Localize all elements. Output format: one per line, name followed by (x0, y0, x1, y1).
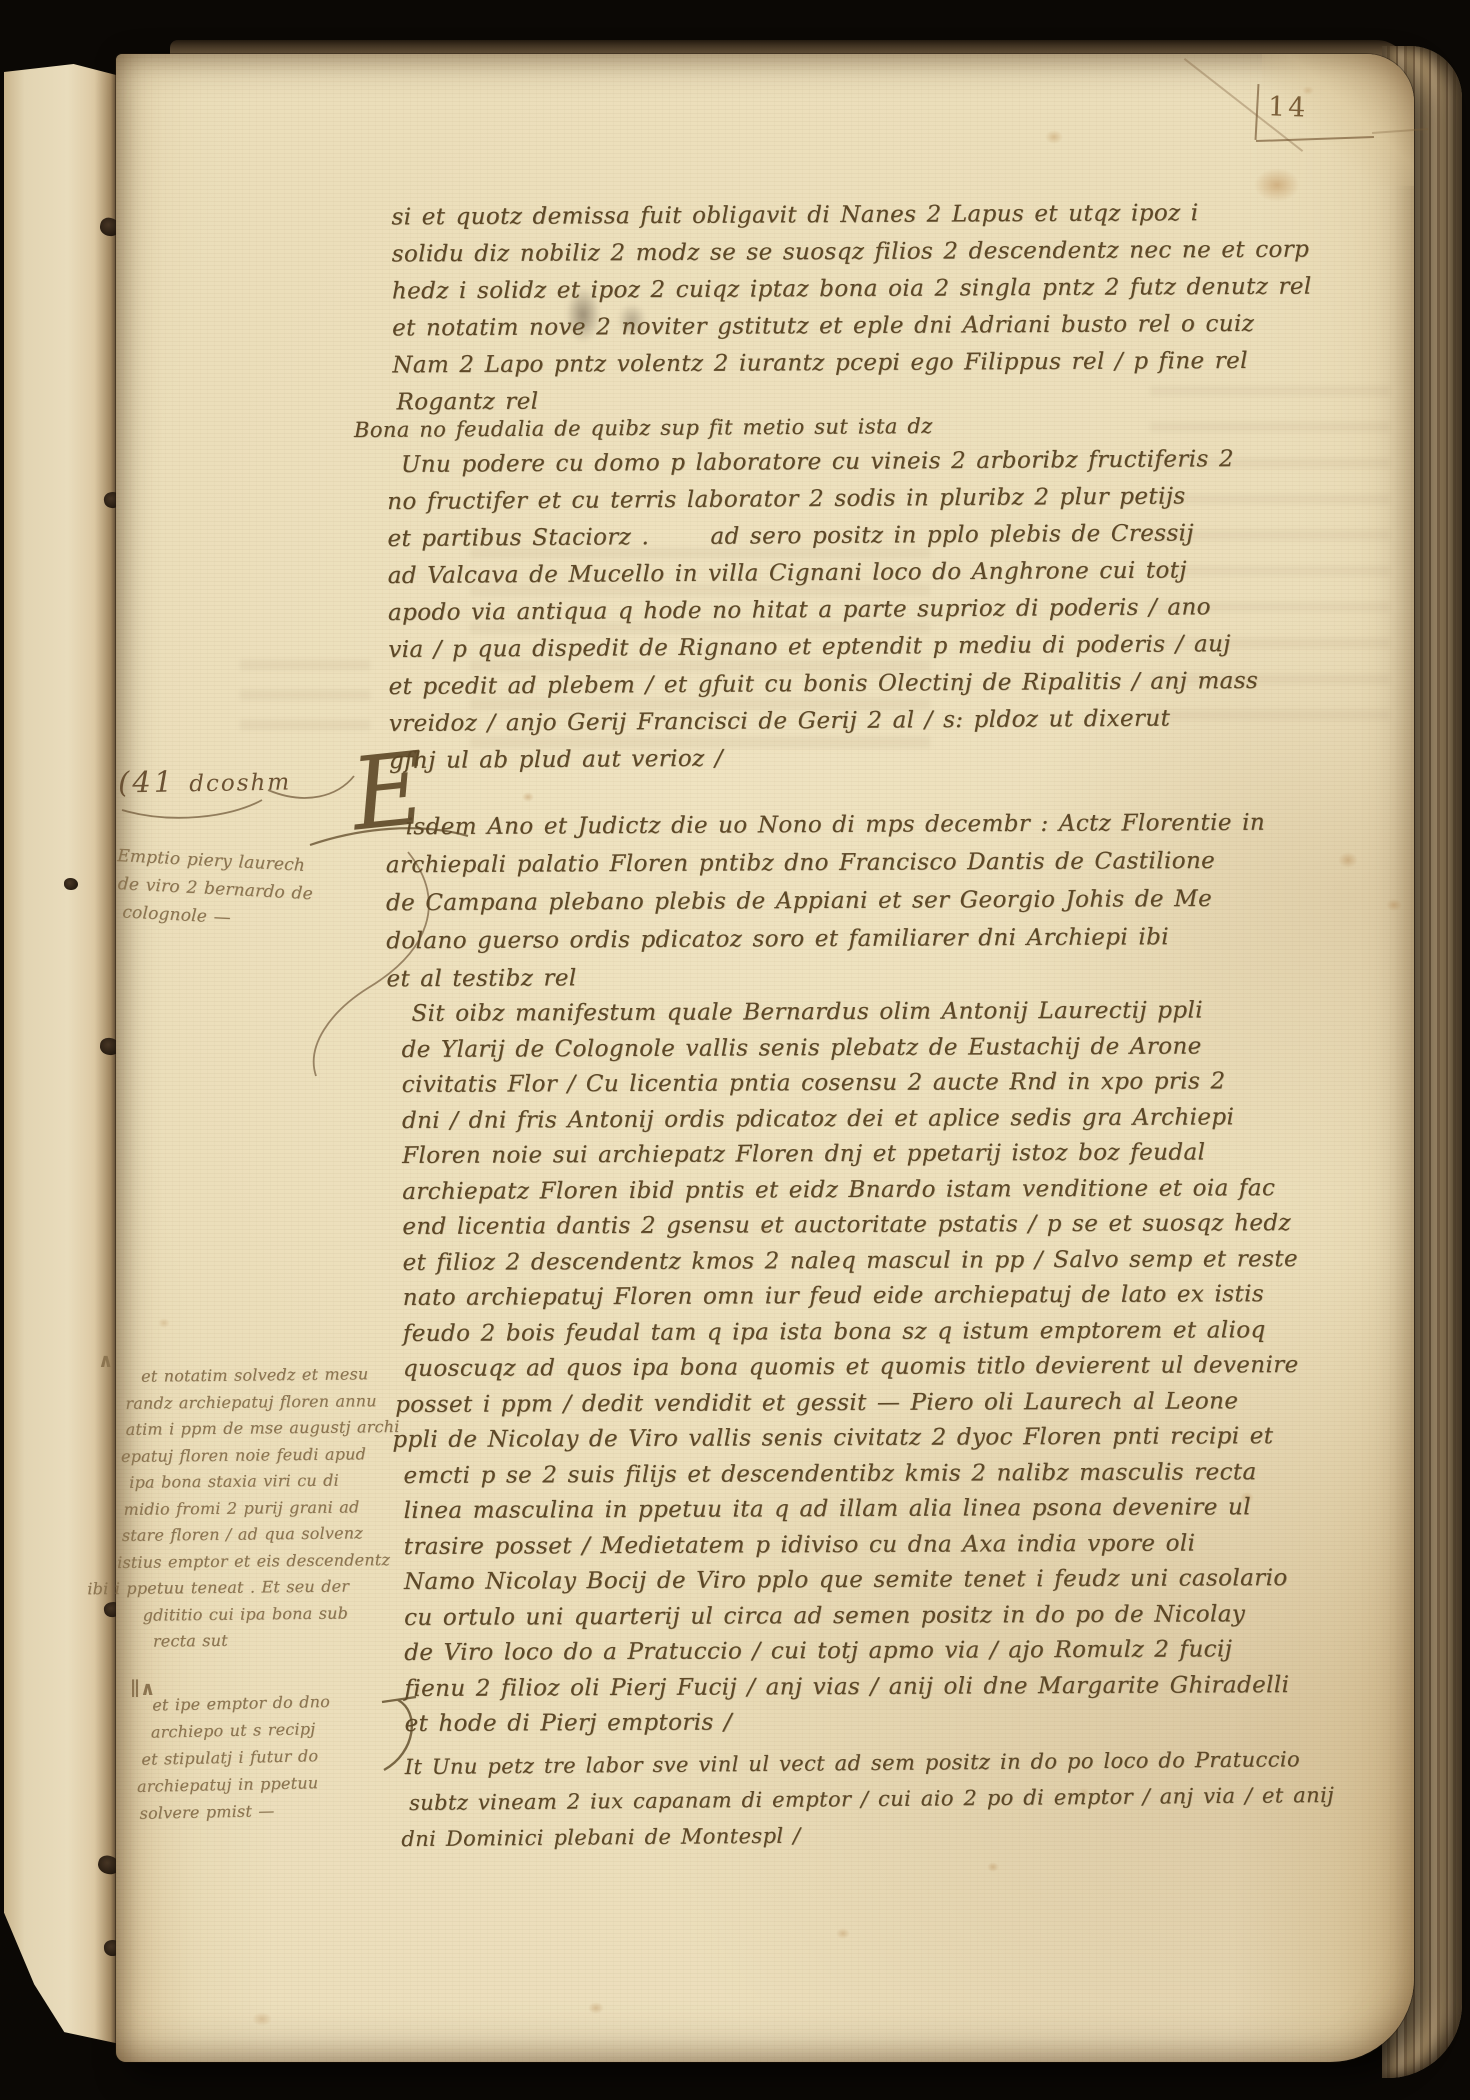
stain (1045, 130, 1063, 144)
manuscript-line: et notatim nove 2 noviter gstitutz et ep… (392, 306, 1312, 348)
manuscript-line: archiepali palatio Floren pntibz dno Fra… (386, 842, 1266, 885)
manuscript-line: archiepatuj in ppetuu (137, 1769, 332, 1800)
binding-stitch (64, 878, 78, 890)
manuscript-line: et stipulatj i futur do (141, 1742, 331, 1773)
manuscript-line: de Viro loco do a Pratuccio / cui totj a… (404, 1632, 1300, 1671)
stain (522, 792, 534, 802)
manuscript-line: trasire posset / Medietatem p idiviso cu… (404, 1526, 1300, 1565)
manuscript-line: et hode di Pierj emptoris / (404, 1703, 1300, 1742)
section-rubric-word: dcoshm (189, 769, 291, 797)
manuscript-line: atim i ppm de mse augustj archi (126, 1414, 400, 1443)
show-through (240, 640, 370, 730)
manuscript-line: linea masculina in ppetuu ita q ad illam… (404, 1490, 1300, 1529)
section-rubric: (41dcoshm (118, 762, 292, 799)
manuscript-line: Nam 2 Lapo pntz volentz 2 iurantz pcepi … (392, 343, 1312, 385)
manuscript-line: ipa bona staxia viri cu di (129, 1467, 400, 1496)
manuscript-line: hedz i solidz et ipoz 2 cuiqz iptaz bona… (392, 269, 1312, 311)
manuscript-line: solidu diz nobiliz 2 modz se se suosqz f… (392, 232, 1312, 274)
manuscript-line: emcti p se 2 suis filijs et descendentib… (403, 1455, 1299, 1494)
manuscript-line: no fructifer et cu terris laborator 2 so… (387, 478, 1257, 521)
stain (987, 1862, 999, 1872)
manuscript-line: Floren noie sui archiepatz Floren dnj et… (402, 1135, 1298, 1174)
manuscript-line: Unu podere cu domo p laboratore cu vinei… (401, 441, 1257, 484)
paragraph-obligation: si et quotz demissa fuit obligavit di Na… (391, 195, 1312, 422)
previous-page-edge (4, 64, 120, 2056)
manuscript-line: isdem Ano et Judictz die uo Nono di mps … (406, 804, 1266, 846)
manuscript-line: archiepo ut s recipj (151, 1715, 331, 1746)
folio-number: 14 (1267, 91, 1308, 123)
stain (252, 2012, 272, 2026)
manuscript-line: et ipe emptor do dno (152, 1688, 330, 1719)
stain (836, 1928, 850, 1939)
manuscript-line: civitatis Flor / Cu licentia pntia cosen… (402, 1064, 1298, 1103)
stain (588, 2002, 604, 2014)
manuscript-line: stare floren / ad qua solvenz (122, 1520, 401, 1549)
manuscript-line: dolano guerso ordis pdicatoz soro et fam… (386, 918, 1266, 961)
manuscript-line: feudo 2 bois feudal tam q ipa ista bona … (403, 1313, 1299, 1352)
manuscript-line: si et quotz demissa fuit obligavit di Na… (391, 195, 1311, 237)
manuscript-line: de Campana plebano plebis de Appiani et … (386, 880, 1266, 923)
manuscript-line: vreidoz / anjo Gerij Francisci de Gerij … (389, 700, 1259, 743)
act-body-paragraph: Sit oibz manifestum quale Bernardus olim… (401, 993, 1300, 1742)
manuscript-line: epatuj floren noie feudi apud (121, 1441, 400, 1470)
manuscript-photo: 14 si et quotz demissa fuit obligavit di… (0, 0, 1470, 2100)
manuscript-line: via / p qua dispedit de Rignano et epten… (388, 626, 1258, 669)
act-opening-paragraph: isdem Ano et Judictz die uo Nono di mps … (386, 804, 1266, 999)
manuscript-line: quoscuqz ad quos ipa bona quomis et quom… (403, 1348, 1299, 1387)
act-item-paragraph: It Unu petz tre labor sve vinl ul vect a… (405, 1741, 1335, 1857)
manuscript-line: midio fromi 2 purij grani ad (123, 1493, 400, 1522)
manuscript-line: de Ylarij de Colognole vallis senis pleb… (402, 1029, 1298, 1068)
manuscript-line: end licentia dantis 2 gsensu et auctorit… (402, 1206, 1298, 1245)
manuscript-line: et filioz 2 descendentz kmos 2 naleq mas… (402, 1242, 1298, 1281)
manuscript-line: posset i ppm / dedit vendidit et gessit … (395, 1384, 1299, 1423)
margin-note-promise: et ipe emptor do dnoarchiepo ut s recipj… (135, 1688, 333, 1827)
manuscript-line: ibi i ppetuu teneat . Et seu der (87, 1573, 401, 1603)
manuscript-line: et notatim solvedz et mesu (141, 1361, 399, 1390)
manuscript-line: gdititio cui ipa bona sub (142, 1599, 401, 1628)
paragraph-podere: Unu podere cu domo p laboratore cu vinei… (387, 441, 1259, 780)
manuscript-line: et pcedit ad plebem / et gfuit cu bonis … (388, 663, 1258, 706)
manuscript-line: recta sut (153, 1626, 402, 1655)
manuscript-line: archiepatz Floren ibid pntis et eidz Bna… (402, 1171, 1298, 1210)
manuscript-line: apodo via antiqua q hode no hitat a part… (388, 589, 1258, 632)
manuscript-line: fienu 2 filioz oli Pierj Fucij / anj via… (404, 1668, 1300, 1707)
manuscript-line: et partibus Staciorz . ad sero positz in… (387, 515, 1257, 558)
manuscript-line: ad Valcava de Mucello in villa Cignani l… (388, 552, 1258, 595)
margin-caret-mark: ∧ (98, 1350, 113, 1372)
manuscript-line: istius emptor et eis descendentz (117, 1546, 401, 1575)
manuscript-line: Sit oibz manifestum quale Bernardus olim… (411, 993, 1297, 1032)
manuscript-line: randz archiepatuj floren annu (125, 1388, 399, 1417)
stain (158, 1318, 170, 1328)
margin-note-solvendo: et notatim solvedz et mesurandz archiepa… (113, 1361, 402, 1655)
manuscript-line: solvere pmist — (139, 1796, 332, 1827)
manuscript-line: et al testibz rel (386, 956, 1266, 999)
manuscript-line: ppli de Nicolay de Viro vallis senis civ… (392, 1419, 1299, 1458)
section-number: (41 (118, 765, 176, 800)
margin-note-emptio: Emptio piery laurechde viro 2 bernardo d… (114, 842, 315, 936)
manuscript-line: cu ortulo uni quarterij ul circa ad seme… (404, 1597, 1300, 1636)
stain (1386, 899, 1402, 911)
stain (1338, 852, 1358, 868)
manuscript-line: dni / dni fris Antonij ordis pdicatoz de… (402, 1100, 1298, 1139)
manuscript-line: Namo Nicolay Bocij de Viro pplo que semi… (404, 1561, 1300, 1600)
manuscript-line: nato archiepatuj Floren omn iur feud eid… (403, 1277, 1299, 1316)
manuscript-line: gfhj ul ab plud aut verioz / (389, 737, 1259, 780)
